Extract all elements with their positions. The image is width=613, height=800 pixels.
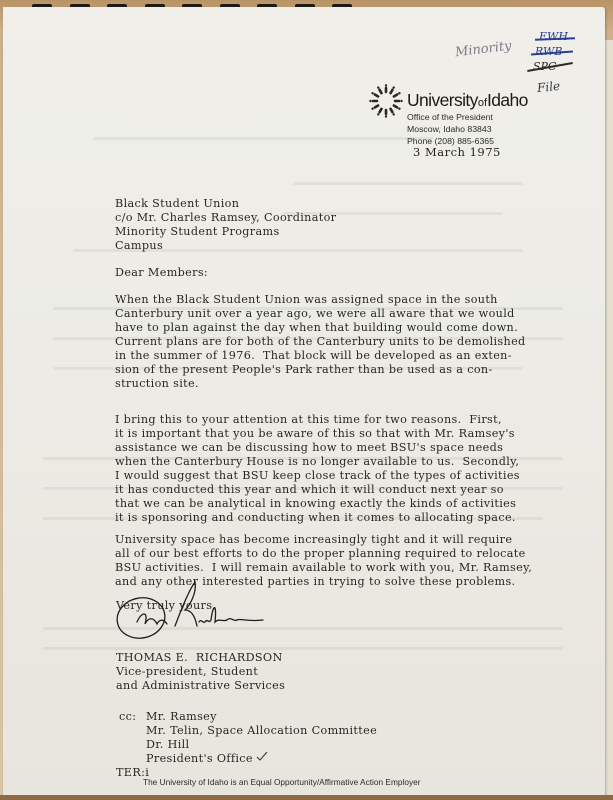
body-line: when the Canterbury House is no longer a… bbox=[115, 455, 519, 469]
body-line: University space has become increasingly… bbox=[115, 533, 512, 547]
cc-recipient: Dr. Hill bbox=[146, 738, 190, 752]
body-line: Canterbury unit over a year ago, we were… bbox=[115, 307, 515, 321]
cc-recipient: Mr. Ramsey bbox=[146, 710, 217, 724]
office-address: Moscow, Idaho 83843 bbox=[407, 124, 492, 134]
recipient-line: Black Student Union bbox=[115, 197, 239, 211]
body-line: I bring this to your attention at this t… bbox=[115, 413, 502, 427]
body-line: it is sponsoring and conducting when it … bbox=[115, 511, 516, 525]
sunburst-seal-icon bbox=[369, 84, 403, 118]
recipient-line: Campus bbox=[115, 239, 163, 253]
handwritten-signature-icon bbox=[115, 580, 265, 645]
scanned-page-scene: Minority EWH RWB SPC File UniversityofId… bbox=[0, 0, 613, 800]
letter-date: 3 March 1975 bbox=[413, 145, 501, 159]
institution-name: UniversityofIdaho bbox=[407, 90, 528, 111]
signer-title-line2: and Administrative Services bbox=[116, 679, 285, 693]
body-line: When the Black Student Union was assigne… bbox=[115, 293, 498, 307]
bleed-line bbox=[43, 647, 563, 650]
body-line: that we can be analytical in knowing exa… bbox=[115, 497, 516, 511]
signer-title-line1: Vice-president, Student bbox=[116, 665, 258, 679]
body-line: Current plans are for both of the Canter… bbox=[115, 335, 526, 349]
checkmark-icon bbox=[256, 751, 268, 761]
cc-recipient: President's Office bbox=[146, 752, 253, 766]
body-line: in the summer of 1976. That block will b… bbox=[115, 349, 512, 363]
routing-category: Minority bbox=[454, 39, 512, 61]
routing-struck-1: EWH bbox=[539, 30, 568, 43]
recipient-line: c/o Mr. Charles Ramsey, Coordinator bbox=[115, 211, 336, 225]
body-line: it is important that you be aware of thi… bbox=[115, 427, 515, 441]
recipient-line: Minority Student Programs bbox=[115, 225, 280, 239]
equal-opportunity-footer: The University of Idaho is an Equal Oppo… bbox=[143, 777, 420, 787]
cc-label: cc: bbox=[119, 710, 136, 724]
body-line: sion of the present People's Park rather… bbox=[115, 363, 493, 377]
body-line: it has conducted this year and which it … bbox=[115, 483, 504, 497]
body-line: struction site. bbox=[115, 377, 199, 391]
body-line: BSU activities. I will remain available … bbox=[115, 561, 532, 575]
body-line: have to plan against the day when that b… bbox=[115, 321, 518, 335]
salutation: Dear Members: bbox=[115, 266, 208, 280]
body-line: I would suggest that BSU keep close trac… bbox=[115, 469, 520, 483]
bleed-line bbox=[293, 182, 523, 185]
signer-name: THOMAS E. RICHARDSON bbox=[116, 651, 283, 665]
cc-recipient: Mr. Telin, Space Allocation Committee bbox=[146, 724, 377, 738]
body-line: assistance we can be discussing how to m… bbox=[115, 441, 503, 455]
binder-bottom-edge bbox=[0, 795, 613, 800]
office-name: Office of the President bbox=[407, 112, 493, 122]
body-line: all of our best efforts to do the proper… bbox=[115, 547, 526, 561]
